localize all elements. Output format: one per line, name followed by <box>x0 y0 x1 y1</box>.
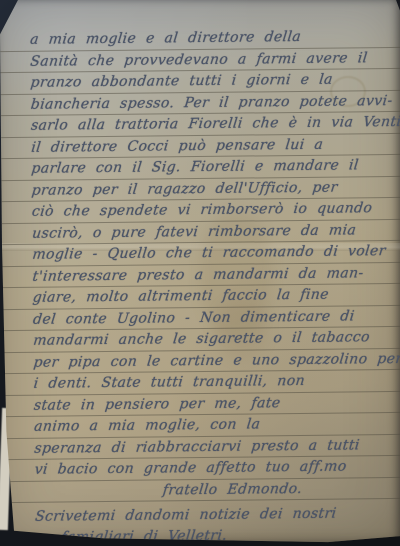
signature-line: fratello Edmondo. <box>5 477 400 503</box>
postscript-line: famigliari di Velletri. <box>5 523 400 546</box>
letter-paper: a mia moglie e al direttore della Sanità… <box>0 0 400 546</box>
handwritten-text: a mia moglie e al direttore della Sanità… <box>0 26 400 546</box>
letter-photograph: a mia moglie e al direttore della Sanità… <box>0 0 400 546</box>
